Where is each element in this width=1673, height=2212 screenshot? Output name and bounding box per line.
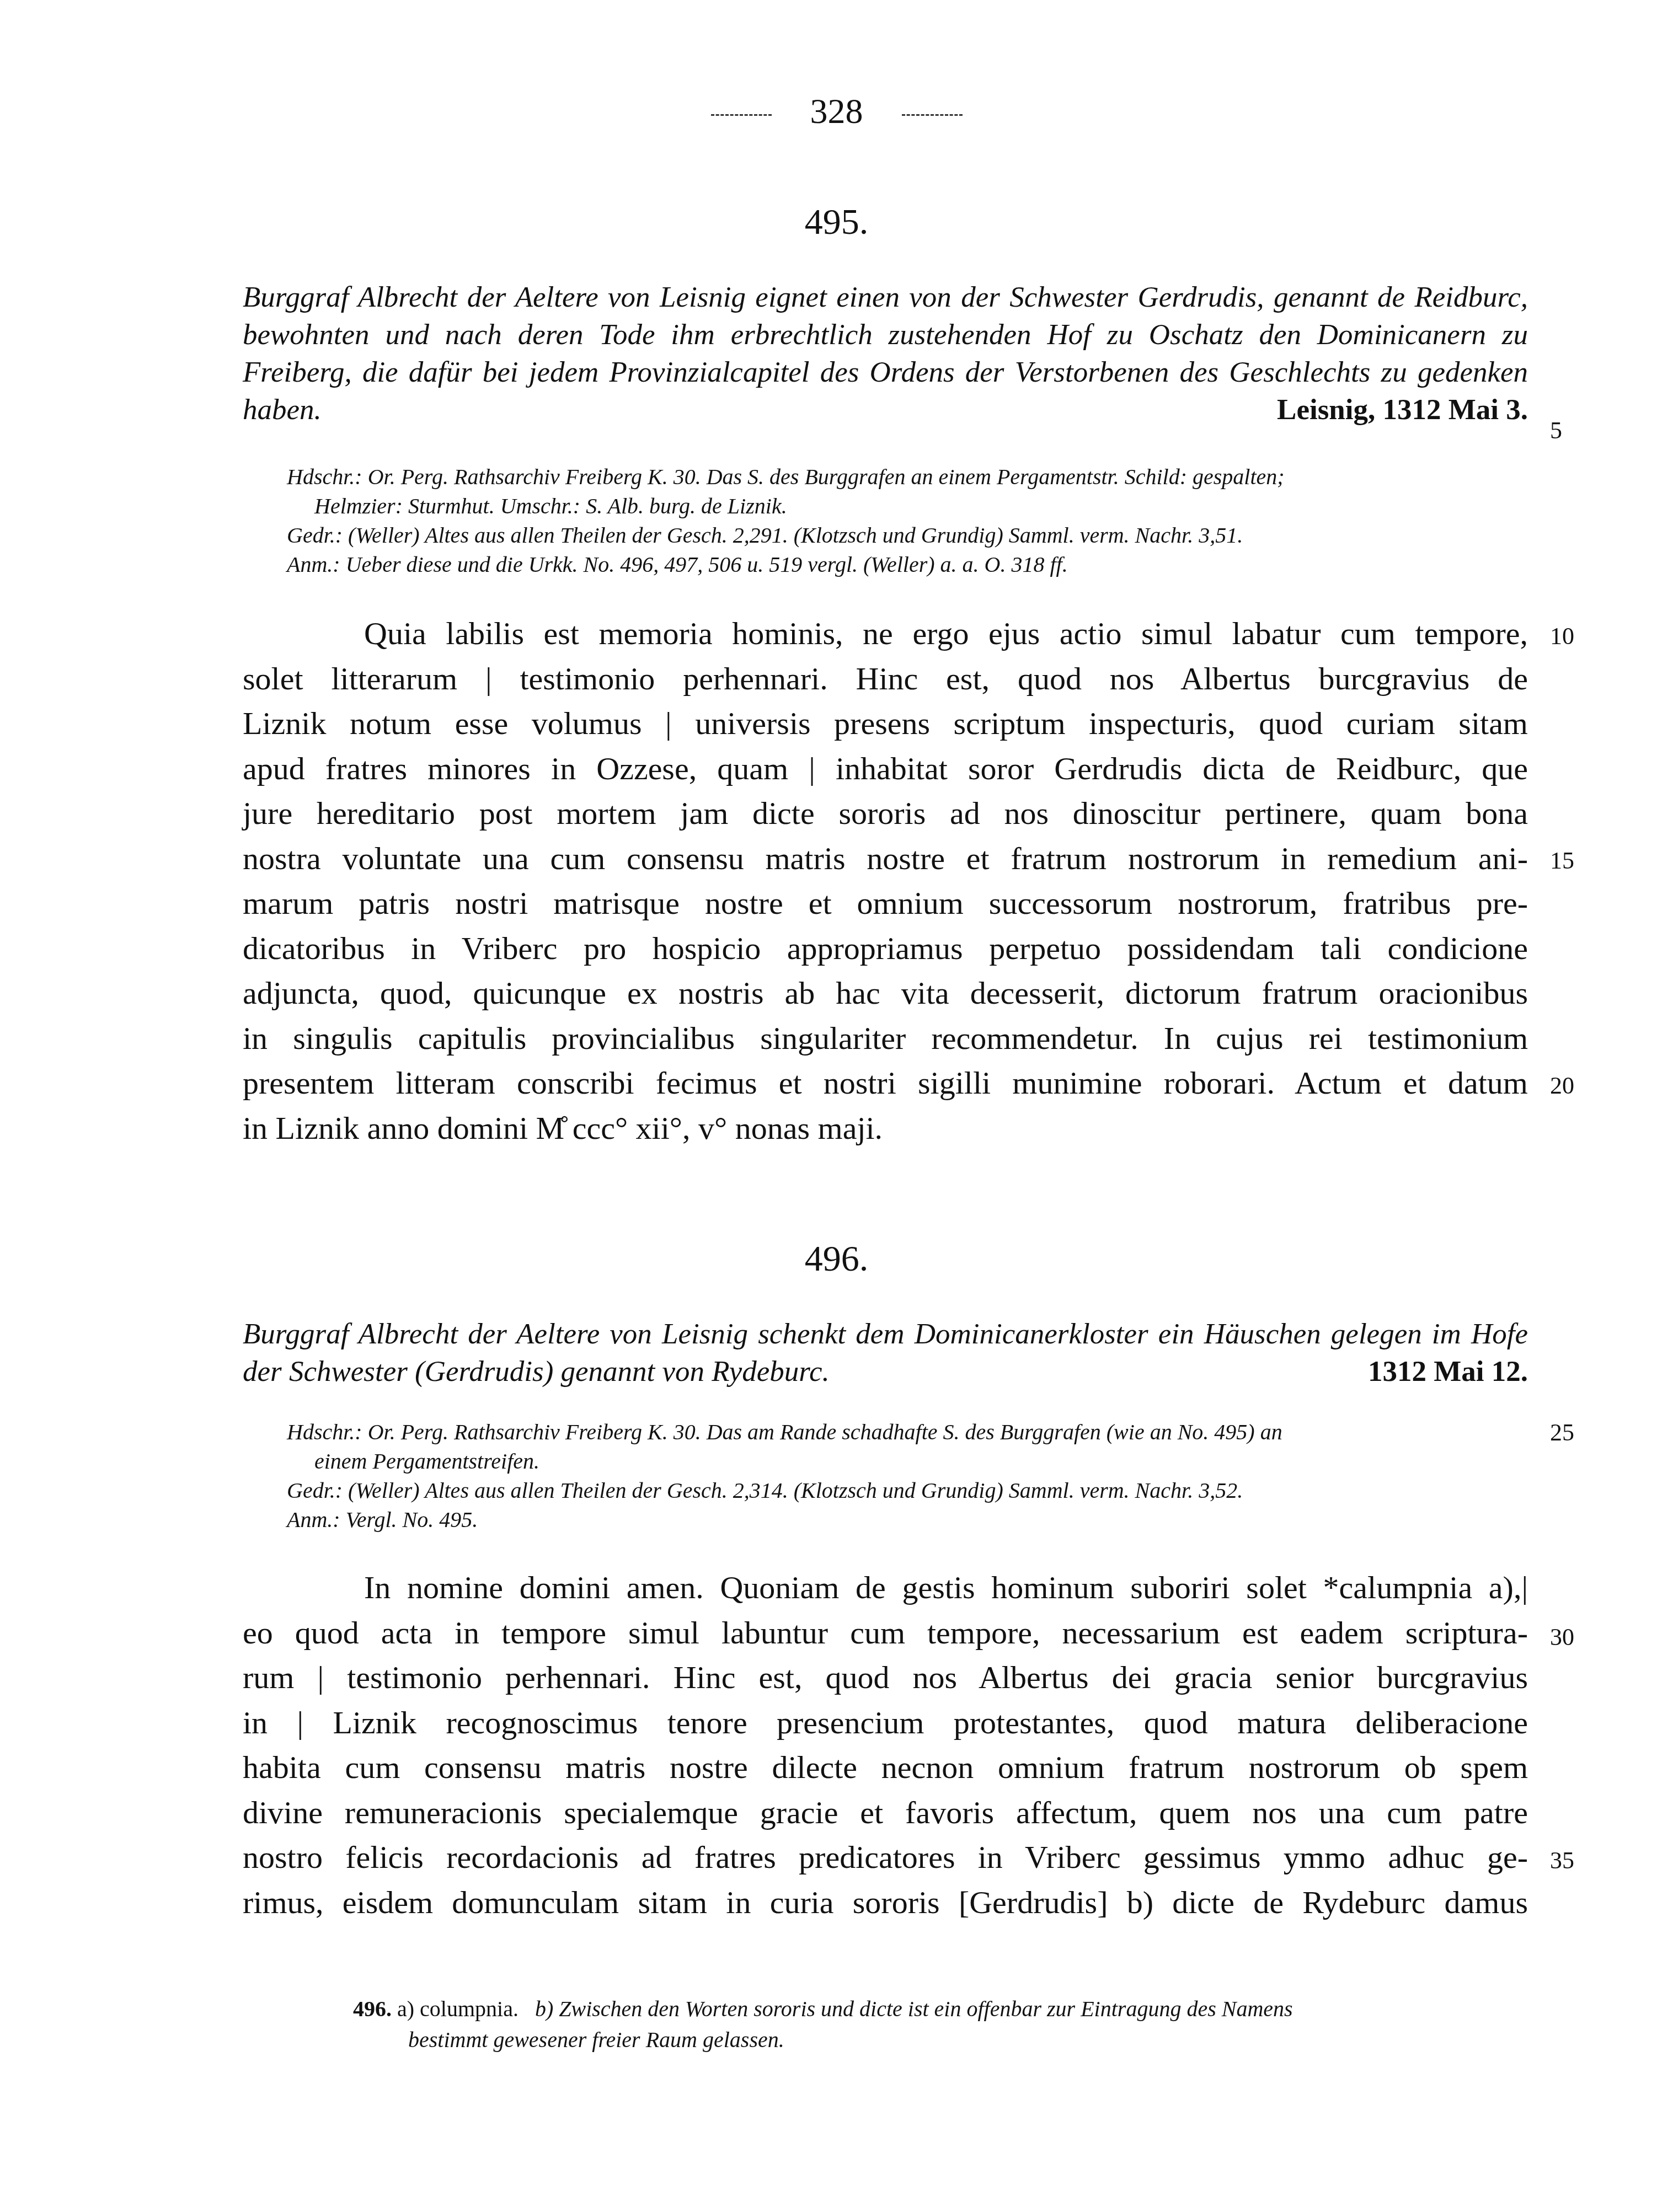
text-line: Quia labilis est memoria hominis, ne erg… (243, 611, 1528, 656)
text-line: rimus, eisdem domunculam sitam in curia … (243, 1880, 1528, 1925)
page-header: 328 (0, 91, 1673, 132)
text-line: eo quod acta in tempore simul labuntur c… (243, 1610, 1528, 1656)
text-line: adjuncta, quod, quicunque ex nostris ab … (243, 971, 1528, 1016)
header-rule-right (902, 114, 963, 116)
entry-495-notes: Hdschr.: Or. Perg. Rathsarchiv Freiberg … (287, 462, 1528, 579)
entry-495-regest: Burggraf Albrecht der Aeltere von Leisni… (243, 278, 1528, 429)
footnotes: 496. a) columpnia. b) Zwischen den Worte… (353, 1994, 1511, 2055)
text-line: nostra voluntate una cum consensu matris… (243, 836, 1528, 881)
text-line: habita cum consensu matris nostre dilect… (243, 1745, 1528, 1790)
entry-496-notes: Hdschr.: Or. Perg. Rathsarchiv Freiberg … (287, 1417, 1528, 1534)
note-hdschr-cont: einem Pergamentstreifen. (287, 1447, 1528, 1476)
entry-496-regest: Burggraf Albrecht der Aeltere von Leisni… (243, 1315, 1528, 1390)
note-hdschr: Hdschr.: Or. Perg. Rathsarchiv Freiberg … (287, 1417, 1528, 1447)
note-hdschr: Hdschr.: Or. Perg. Rathsarchiv Freiberg … (287, 462, 1528, 491)
text-line: divine remuneracionis specialemque graci… (243, 1790, 1528, 1835)
text-line: jure hereditario post mortem jam dicte s… (243, 791, 1528, 836)
text-line: Liznik notum esse volumus | universis pr… (243, 701, 1528, 746)
margin-line-number: 20 (1550, 1072, 1574, 1100)
header-rule-left (711, 114, 772, 116)
text-line: nostro felicis recordacionis ad fratres … (243, 1835, 1528, 1880)
margin-line-number: 30 (1550, 1623, 1574, 1651)
text-line: rum | testimonio perhennari. Hinc est, q… (243, 1655, 1528, 1700)
text-line: marum patris nostri matrisque nostre et … (243, 881, 1528, 926)
margin-line-number: 10 (1550, 622, 1574, 650)
footnote-b: b) Zwischen den Worten sororis und dicte… (535, 1996, 1293, 2021)
text-line: dicatoribus in Vriberc pro hospicio appr… (243, 926, 1528, 971)
note-anm: Anm.: Ueber diese und die Urkk. No. 496,… (287, 550, 1528, 579)
margin-line-number: 35 (1550, 1846, 1574, 1874)
page-number: 328 (810, 92, 863, 131)
entry-495-date: Leisnig, 1312 Mai 3. (1277, 391, 1528, 429)
footnote-a: a) columpnia. (397, 1996, 519, 2021)
text-line: in Liznik anno domini M̊ ccc° xii°, v° n… (243, 1106, 1528, 1151)
text-line: in singulis capitulis provincialibus sin… (243, 1016, 1528, 1061)
text-line: In nomine domini amen. Quoniam de gestis… (243, 1565, 1528, 1610)
entry-496-text: In nomine domini amen. Quoniam de gestis… (243, 1565, 1528, 1925)
text-line: in | Liznik recognoscimus tenore presenc… (243, 1700, 1528, 1745)
entry-number-495: 495. (0, 201, 1673, 243)
text-line: apud fratres minores in Ozzese, quam | i… (243, 746, 1528, 791)
entry-495-text: Quia labilis est memoria hominis, ne erg… (243, 611, 1528, 1150)
document-page: 328 495. Burggraf Albrecht der Aeltere v… (0, 0, 1673, 2212)
note-anm: Anm.: Vergl. No. 495. (287, 1505, 1528, 1534)
text-line: presentem litteram conscribi fecimus et … (243, 1061, 1528, 1106)
regest-text: Burggraf Albrecht der Aeltere von Leisni… (243, 1318, 1528, 1388)
margin-line-number: 5 (1550, 416, 1562, 444)
entry-number-496: 496. (0, 1238, 1673, 1280)
footnote-label: 496. (353, 1996, 392, 2021)
entry-496-date: 1312 Mai 12. (1368, 1353, 1528, 1390)
text-line: solet litterarum | testimonio perhennari… (243, 656, 1528, 701)
note-hdschr-cont: Helmzier: Sturmhut. Umschr.: S. Alb. bur… (287, 491, 1528, 521)
footnote-b-cont: bestimmt gewesener freier Raum gelassen. (353, 2024, 1511, 2055)
margin-line-number: 15 (1550, 847, 1574, 875)
note-gedr: Gedr.: (Weller) Altes aus allen Theilen … (287, 521, 1528, 550)
note-gedr: Gedr.: (Weller) Altes aus allen Theilen … (287, 1476, 1528, 1505)
margin-line-number: 25 (1550, 1418, 1574, 1447)
